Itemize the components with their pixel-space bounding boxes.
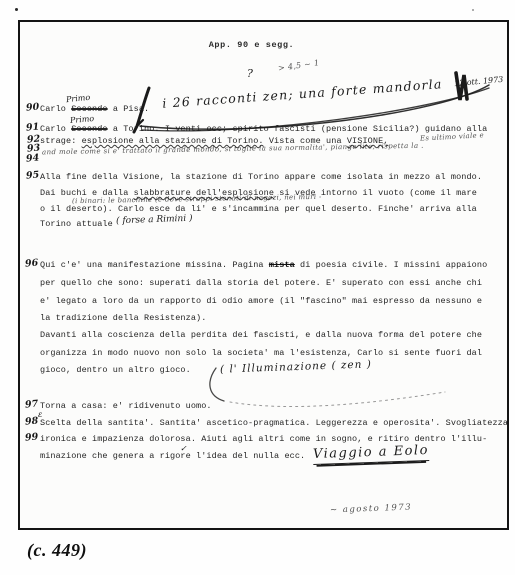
margin-number-91: 91 xyxy=(26,121,40,133)
margin-number-94: 94 xyxy=(26,152,40,164)
typed-line-95c: o il deserto). Carlo esce da li' e s'inc… xyxy=(40,204,477,214)
struck-word: Secondo xyxy=(71,124,107,134)
typed-line-96d: la tradizione della Resistenza). xyxy=(40,313,206,323)
margin-number-98: 98 xyxy=(25,415,39,427)
handwritten-date-top: 12 ott. 1973 xyxy=(454,76,504,88)
typed-line-98: Scelta della santita'. Santita' ascetico… xyxy=(40,418,508,428)
typed-line-96g: gioco, dentro un altro gioco. xyxy=(40,365,191,375)
struck-word: Secondo xyxy=(71,104,107,114)
typed-line-96f: organizza in modo nuovo non solo la soci… xyxy=(40,348,482,358)
typed-line-99b: minazione che genera a rigore l'idea del… xyxy=(40,451,305,461)
handwritten-note: ( l' Illuminazione ( zen ) xyxy=(220,359,372,375)
handwritten-title: Viaggio a Eolo xyxy=(313,444,430,465)
ink-speck xyxy=(472,9,474,11)
margin-number-95: 95 xyxy=(26,169,40,181)
manuscript-sheet: App. 90 e segg. 90 91 92 93 94 95 96 97 … xyxy=(18,20,509,530)
typed-line-95d: Torino attuale xyxy=(40,219,113,229)
struck-word: mista xyxy=(269,260,295,270)
line-text: di poesia civile. I missini appaiono xyxy=(295,260,487,270)
line-text: Carlo xyxy=(40,124,71,134)
line-text: strage: xyxy=(40,136,82,146)
handwritten-note-top: i 26 racconti zen; una forte mandorla xyxy=(162,78,443,110)
handwritten-mark: > 4,5 ~ 1 xyxy=(278,59,320,73)
margin-number-97: 97 xyxy=(25,398,39,410)
line-text: Qui c'e' una manifestazione missina. Pag… xyxy=(40,260,269,270)
typed-line-97: Torna a casa: e' ridivenuto uomo. xyxy=(40,401,212,411)
margin-number-99: 99 xyxy=(25,431,39,443)
line-text: a Torino. I venti ecc; spirito fascisti … xyxy=(108,124,488,134)
ink-speck xyxy=(15,8,18,11)
typed-line-96c: e' legato a loro da un rapporto di odio … xyxy=(40,296,482,306)
margin-number-90: 90 xyxy=(26,101,40,113)
handwritten-note: ( forse a Rimini ) xyxy=(116,215,193,227)
handwritten-correction: Primo xyxy=(66,93,91,104)
handwritten-note: Es ultimo viale e xyxy=(420,132,484,142)
line-text: Carlo xyxy=(40,104,71,114)
typed-line-91: Carlo Secondo a Torino. I venti ecc; spi… xyxy=(40,124,487,134)
handwritten-date-bottom: ~ agosto 1973 xyxy=(330,504,412,515)
handwritten-question-mark: ? xyxy=(247,68,253,79)
typed-line-96b: per quello che sono: superati dalla stor… xyxy=(40,278,482,288)
typed-line-96e: Davanti alla coscienza della perdita dei… xyxy=(40,330,482,340)
folio-caption: (c. 449) xyxy=(27,540,87,561)
page-heading: App. 90 e segg. xyxy=(8,40,495,50)
typed-line-90: Carlo Secondo a Pisa. xyxy=(40,104,149,114)
margin-number-96: 96 xyxy=(25,257,39,269)
scanned-document-page: App. 90 e segg. 90 91 92 93 94 95 96 97 … xyxy=(0,0,515,575)
line-text: a Pisa. xyxy=(108,104,150,114)
typed-line-96a: Qui c'e' una manifestazione missina. Pag… xyxy=(40,260,487,270)
pen-faint-dash-curve xyxy=(230,392,445,407)
typed-line-95: Alla fine della Visione, la stazione di … xyxy=(40,172,482,182)
